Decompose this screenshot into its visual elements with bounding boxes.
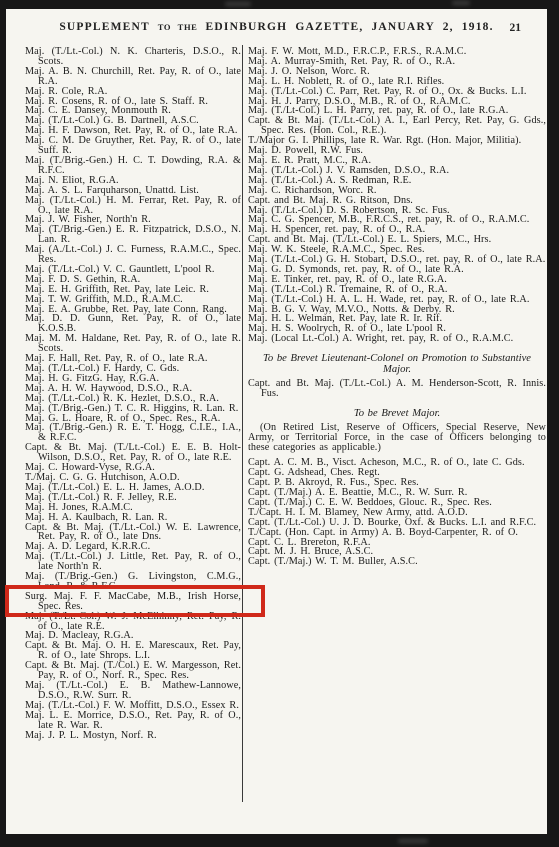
officer-entry: Maj. (T./Lt.-Col.) J. Little, Ret. Pay, … — [25, 552, 241, 572]
officer-entry: Capt. & Bt. Maj. (T./Lt.-Col.) W. E. Law… — [25, 523, 241, 543]
page-number: 21 — [510, 22, 522, 34]
right-column: Maj. F. W. Mott, M.D., F.R.C.P., F.R.S.,… — [248, 47, 546, 567]
officer-entry: Maj. (T./Lt.-Col.) E. B. Mathew-Lannowe,… — [25, 681, 241, 701]
officer-entry: Maj. A. B. N. Churchill, Ret. Pay, R. of… — [25, 67, 241, 87]
section-heading: To be Brevet Lieutenant-Colonel on Promo… — [248, 353, 546, 375]
officer-entry: Maj. M. M. Haldane, Ret. Pay, R. of O., … — [25, 334, 241, 354]
header-supplement: SUPPLEMENT — [59, 21, 149, 33]
header-gazette-title: EDINBURGH GAZETTE, JANUARY 2, 1918. — [206, 21, 494, 33]
page-header: SUPPLEMENT to the EDINBURGH GAZETTE, JAN… — [6, 21, 547, 33]
officer-entry: Capt. & Bt. Maj. O. H. E. Marescaux, Ret… — [25, 641, 241, 661]
document-page: SUPPLEMENT to the EDINBURGH GAZETTE, JAN… — [6, 9, 547, 834]
officer-entry: Maj. (A./Lt.-Col.) J. C. Furness, R.A.M.… — [25, 245, 241, 265]
officer-entry: Maj. (T./Brig.-Gen.) H. C. T. Dowding, R… — [25, 156, 241, 176]
scan-smudge — [398, 839, 428, 843]
scan-smudge — [225, 2, 251, 6]
officer-entry: Capt. and Bt. Maj. (T./Lt.-Col.) A. M. H… — [248, 379, 546, 399]
officer-entry: Capt. & Bt. Maj. (T./Col.) E. W. Margess… — [25, 661, 241, 681]
officer-entry: Maj. (T./Brig.-Gen.) R. E. T. Hogg, C.I.… — [25, 423, 241, 443]
officer-entry: Maj. C. M. De Gruyther, Ret. Pay, R. of … — [25, 136, 241, 156]
officer-entry: Capt. & Bt. Maj. (T./Lt.-Col.) A. I., Ea… — [248, 116, 546, 136]
officer-entry: Maj. (T./Lt.-Col.) W. J. McElhinny, Ret.… — [25, 612, 241, 632]
officer-entry: Maj. (T./Lt.-Col.) H. M. Ferrar, Ret. Pa… — [25, 196, 241, 216]
column-divider-rule — [242, 45, 243, 802]
officer-entry: Maj. (T./Lt.-Col.) N. K. Charteris, D.S.… — [25, 47, 241, 67]
officer-entry: Capt. & Bt. Maj. (T./Lt.-Col.) E. E. B. … — [25, 443, 241, 463]
officer-entry: Maj. H. A. Kaulbach, R. Lan. R. — [25, 513, 241, 523]
scan-smudge — [452, 1, 470, 5]
header-to-the: to the — [158, 22, 198, 32]
scanned-gazette-page: { "header": { "part1": "SUPPLEMENT", "pa… — [0, 0, 559, 847]
officer-entry: Maj. (T./Brig.-Gen.) G. Livingston, C.M.… — [25, 572, 241, 592]
officer-entry: Maj. D. D. Gunn, Ret. Pay, R. of O., lat… — [25, 314, 241, 334]
officer-entry: Maj. L. E. Morrice, D.S.O., Ret. Pay, R.… — [25, 711, 241, 731]
officer-entry: Capt. (T./Maj.) W. T. M. Buller, A.S.C. — [248, 557, 546, 567]
officer-entry: Maj. J. P. L. Mostyn, Norf. R. — [25, 731, 241, 741]
officer-entry: Maj. (T./Brig.-Gen.) E. R. Fitzpatrick, … — [25, 225, 241, 245]
left-column: Maj. (T./Lt.-Col.) N. K. Charteris, D.S.… — [25, 47, 241, 740]
section-heading: To be Brevet Major. — [248, 408, 546, 419]
officer-entry: Capt. and Bt. Maj. R. G. Ritson, Dns. — [248, 196, 546, 206]
highlighted-officer-entry: Surg. Maj. F. F. MacCabe, M.B., Irish Ho… — [25, 592, 241, 612]
officer-entry: Maj. (Local Lt.-Col.) A. Wright, ret. pa… — [248, 334, 546, 344]
section-note: (On Retired List, Reserve of Officers, S… — [248, 423, 546, 453]
